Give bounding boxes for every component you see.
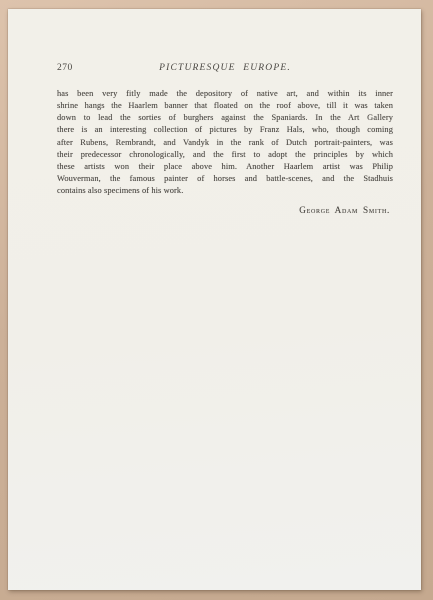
author-signature: George Adam Smith.: [57, 205, 393, 215]
body-paragraph: has been very fitly made the depository …: [57, 88, 393, 197]
text-line: Wouverman, the famous painter of horses …: [57, 173, 393, 185]
text-line: has been very fitly made the depository …: [57, 88, 393, 100]
page-number: 270: [57, 62, 73, 75]
text-line: down to lead the sorties of burghers aga…: [57, 112, 393, 124]
text-line: contains also specimens of his work.: [57, 185, 393, 197]
running-title: PICTURESQUE EUROPE.: [57, 62, 393, 75]
text-line: shrine hangs the Haarlem banner that flo…: [57, 100, 393, 112]
text-line: these artists won their place above him.…: [57, 161, 393, 173]
page-header: 270 PICTURESQUE EUROPE.: [57, 62, 393, 75]
text-line: their predecessor chronologically, and t…: [57, 149, 393, 161]
text-line: after Rubens, Rembrandt, and Vandyk in t…: [57, 137, 393, 149]
book-page: 270 PICTURESQUE EUROPE. has been very fi…: [8, 9, 421, 590]
text-line: there is an interesting collection of pi…: [57, 124, 393, 136]
